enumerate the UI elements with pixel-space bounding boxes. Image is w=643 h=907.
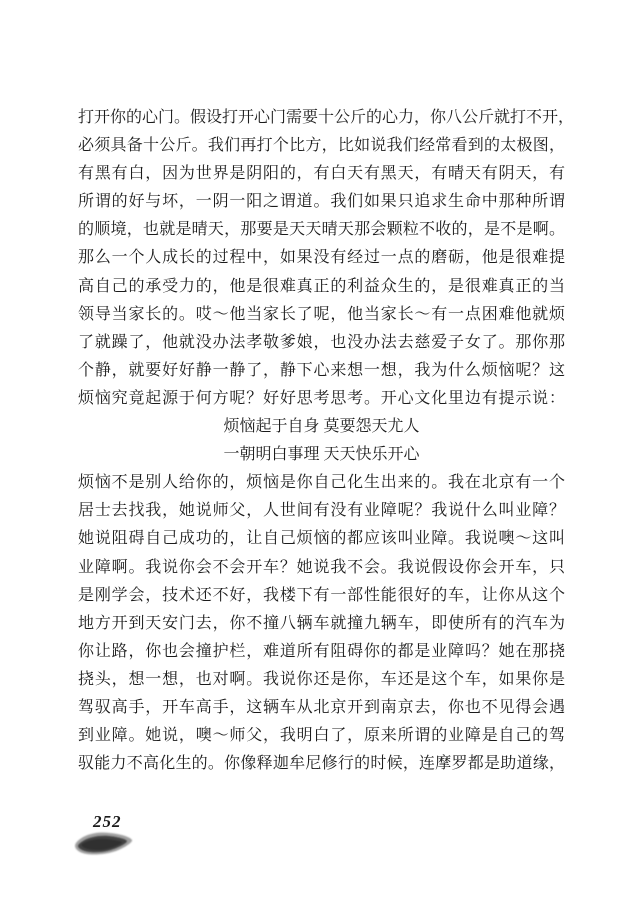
text-line: 她说阻碍自己成功的，让自己烦恼的都应该叫业障。我说噢～这叫 [78, 525, 565, 553]
text-line: 驾驭高手，开车高手，这辆车从北京开到南京去，你也不见得会遇 [78, 694, 565, 722]
text-line: 所谓的好与坏，一阴一阳之谓道。我们如果只追求生命中那种所谓 [78, 188, 565, 216]
text-line: 烦恼不是别人给你的，烦恼是你自己化生出来的。我在北京有一个 [78, 469, 565, 497]
text-line: 领导当家长的。哎～他当家长了呢，他当家长～有一点困难他就烦 [78, 301, 565, 329]
text-line: 打开你的心门。假设打开心门需要十公斤的心力，你八公斤就打不开， [78, 104, 565, 132]
text-line: 驭能力不高化生的。你像释迦牟尼修行的时候，连摩罗都是助道缘， [78, 750, 565, 778]
text-line: 是刚学会，技术还不好，我楼下有一部性能很好的车，让你从这个 [78, 582, 565, 610]
text-line: 你让路，你也会撞护栏，难道所有阻碍你的都是业障吗？她在那挠 [78, 638, 565, 666]
verse-line: 一朝明白事理 天天快乐开心 [78, 441, 565, 469]
text-line: 个静，就要好好静一静了，静下心来想一想，我为什么烦恼呢？这 [78, 357, 565, 385]
text-line: 到业障。她说，噢～师父，我明白了，原来所谓的业障是自己的驾 [78, 722, 565, 750]
text-line: 烦恼究竟起源于何方呢？好好思考思考。开心文化里边有提示说： [78, 385, 565, 413]
ink-brush-mark-icon [74, 830, 136, 862]
verse-line: 烦恼起于自身 莫要怨天尤人 [78, 413, 565, 441]
book-page: 打开你的心门。假设打开心门需要十公斤的心力，你八公斤就打不开， 必须具备十公斤。… [0, 0, 643, 907]
page-number: 252 [93, 812, 122, 832]
text-line: 地方开到天安门去，你不撞八辆车就撞九辆车，即使所有的汽车为 [78, 610, 565, 638]
text-line: 挠头，想一想，也对啊。我说你还是你，车还是这个车，如果你是 [78, 666, 565, 694]
text-line: 那么一个人成长的过程中，如果没有经过一点的磨砺，他是很难提 [78, 244, 565, 272]
body-text: 打开你的心门。假设打开心门需要十公斤的心力，你八公斤就打不开， 必须具备十公斤。… [78, 104, 565, 778]
text-line: 有黑有白，因为世界是阴阳的，有白天有黑天，有晴天有阴天，有 [78, 160, 565, 188]
text-line: 的顺境，也就是晴天，那要是天天晴天那会颗粒不收的，是不是啊。 [78, 216, 565, 244]
text-line: 必须具备十公斤。我们再打个比方，比如说我们经常看到的太极图， [78, 132, 565, 160]
text-line: 高自己的承受力的，他是很难真正的利益众生的，是很难真正的当 [78, 273, 565, 301]
text-line: 业障啊。我说你会不会开车？她说我不会。我说假设你会开车，只 [78, 554, 565, 582]
text-line: 了就躁了，他就没办法孝敬爹娘，也没办法去慈爱子女了。那你那 [78, 329, 565, 357]
text-line: 居士去找我，她说师父，人世间有没有业障呢？我说什么叫业障？ [78, 497, 565, 525]
